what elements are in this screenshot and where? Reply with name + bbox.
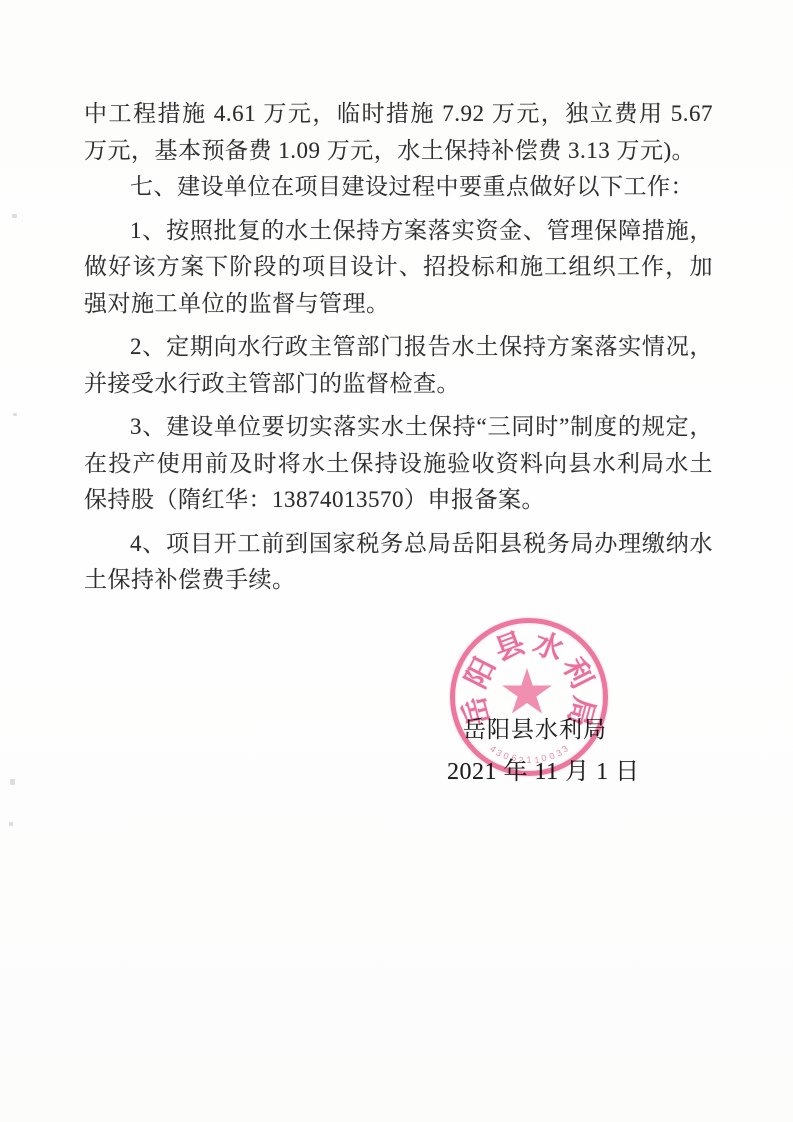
seal-code-digit: 1	[526, 755, 531, 765]
paragraph-continuation: 中工程措施 4.61 万元，临时措施 7.92 万元，独立费用 5.67 万元，…	[84, 96, 713, 169]
scan-artifact	[10, 779, 15, 785]
paragraph-section-seven: 七、建设单位在项目建设过程中要重点做好以下工作：	[84, 169, 713, 206]
paragraph-item-1: 1、按照批复的水土保持方案落实资金、管理保障措施，做好该方案下阶段的项目设计、招…	[84, 213, 713, 323]
paragraph-item-2: 2、定期向水行政主管部门报告水土保持方案落实情况，并接受水行政主管部门的监督检查…	[84, 329, 713, 402]
scan-artifact	[9, 822, 13, 826]
seal-code-digit: 1	[534, 754, 540, 765]
document-body-text: 中工程措施 4.61 万元，临时措施 7.92 万元，独立费用 5.67 万元，…	[84, 96, 713, 599]
scan-artifact	[12, 214, 17, 218]
scan-artifact	[13, 413, 17, 416]
scanned-document-page: 中工程措施 4.61 万元，临时措施 7.92 万元，独立费用 5.67 万元，…	[0, 0, 793, 1122]
paragraph-item-3: 3、建设单位要切实落实水土保持“三同时”制度的规定，在投产使用前及时将水土保持设…	[84, 409, 713, 519]
official-seal: 岳 阳 县 水 利 局 4 3 0 6 2 1 1 0 0 3 3	[450, 618, 608, 776]
paragraph-item-4: 4、项目开工前到国家税务总局岳阳县税务局办理缴纳水土保持补偿费手续。	[84, 526, 713, 599]
